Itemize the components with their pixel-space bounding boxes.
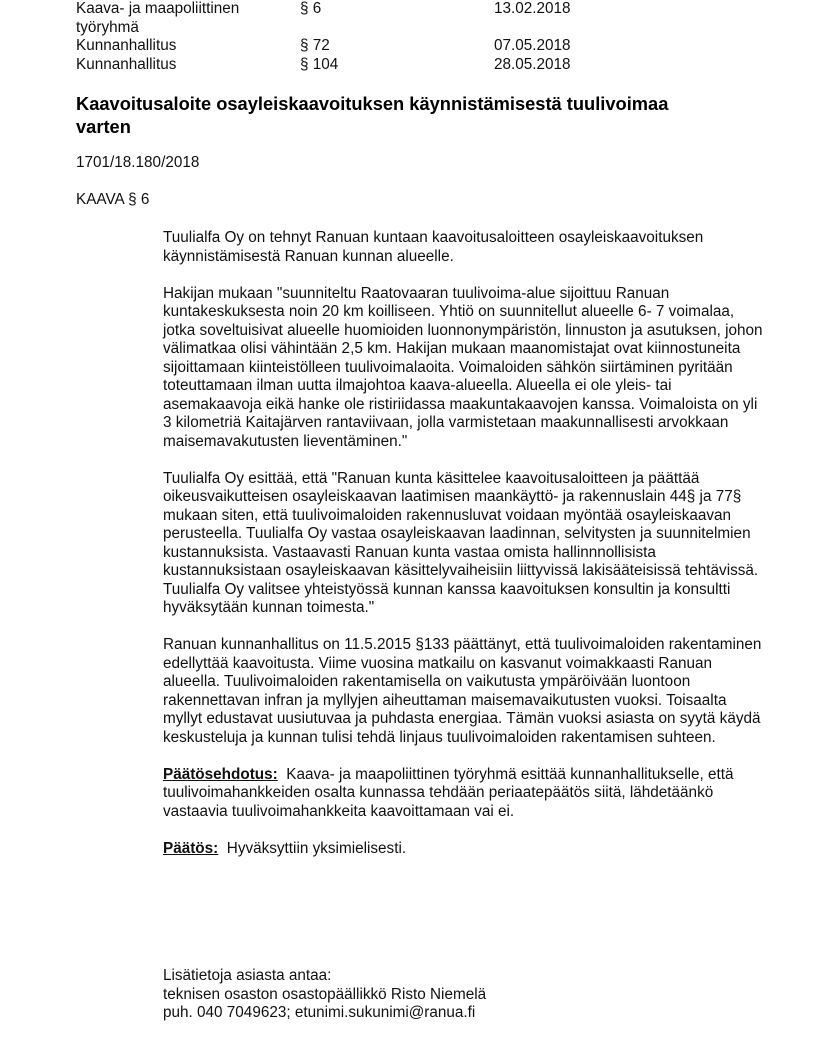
history-date: 07.05.2018 [494,37,604,56]
decision: Päätös: Hyväksyttiin yksimielisesti. [163,840,763,859]
paragraph: Hakijan mukaan "suunniteltu Raatovaaran … [163,285,763,452]
contact-intro: Lisätietoja asiasta antaa: [163,967,486,986]
reference-number: 1701/18.180/2018 [76,154,199,173]
history-row: Kunnanhallitus § 72 07.05.2018 [76,37,636,56]
history-row: Kaava- ja maapoliittinen työryhmä § 6 13… [76,0,636,37]
processing-history: Kaava- ja maapoliittinen työryhmä § 6 13… [76,0,636,74]
history-section: § 6 [300,0,494,37]
history-date: 28.05.2018 [494,56,604,75]
history-section: § 72 [300,37,494,56]
section-code: KAAVA § 6 [76,191,149,210]
proposal-label: Päätösehdotus: [163,766,278,783]
decision-label: Päätös: [163,840,218,857]
history-body: Kaava- ja maapoliittinen työryhmä [76,0,300,37]
paragraph: Tuulialfa Oy on tehnyt Ranuan kuntaan ka… [163,229,763,266]
contact-details: puh. 040 7049623; etunimi.sukunimi@ranua… [163,1004,486,1023]
contact-info: Lisätietoja asiasta antaa: teknisen osas… [163,967,486,1023]
contact-person: teknisen osaston osastopäällikkö Risto N… [163,986,486,1005]
history-body: Kunnanhallitus [76,37,300,56]
history-body: Kunnanhallitus [76,56,300,75]
history-date: 13.02.2018 [494,0,604,37]
paragraph: Tuulialfa Oy esittää, että "Ranuan kunta… [163,470,763,618]
proposal: Päätösehdotus: Kaava- ja maapoliittinen … [163,766,763,822]
document-title: Kaavoitusaloite osayleiskaavoituksen käy… [76,92,716,138]
history-row: Kunnanhallitus § 104 28.05.2018 [76,56,636,75]
decision-text: Hyväksyttiin yksimielisesti. [227,840,406,857]
document-body: Tuulialfa Oy on tehnyt Ranuan kuntaan ka… [163,229,763,877]
paragraph: Ranuan kunnanhallitus on 11.5.2015 §133 … [163,636,763,747]
history-section: § 104 [300,56,494,75]
